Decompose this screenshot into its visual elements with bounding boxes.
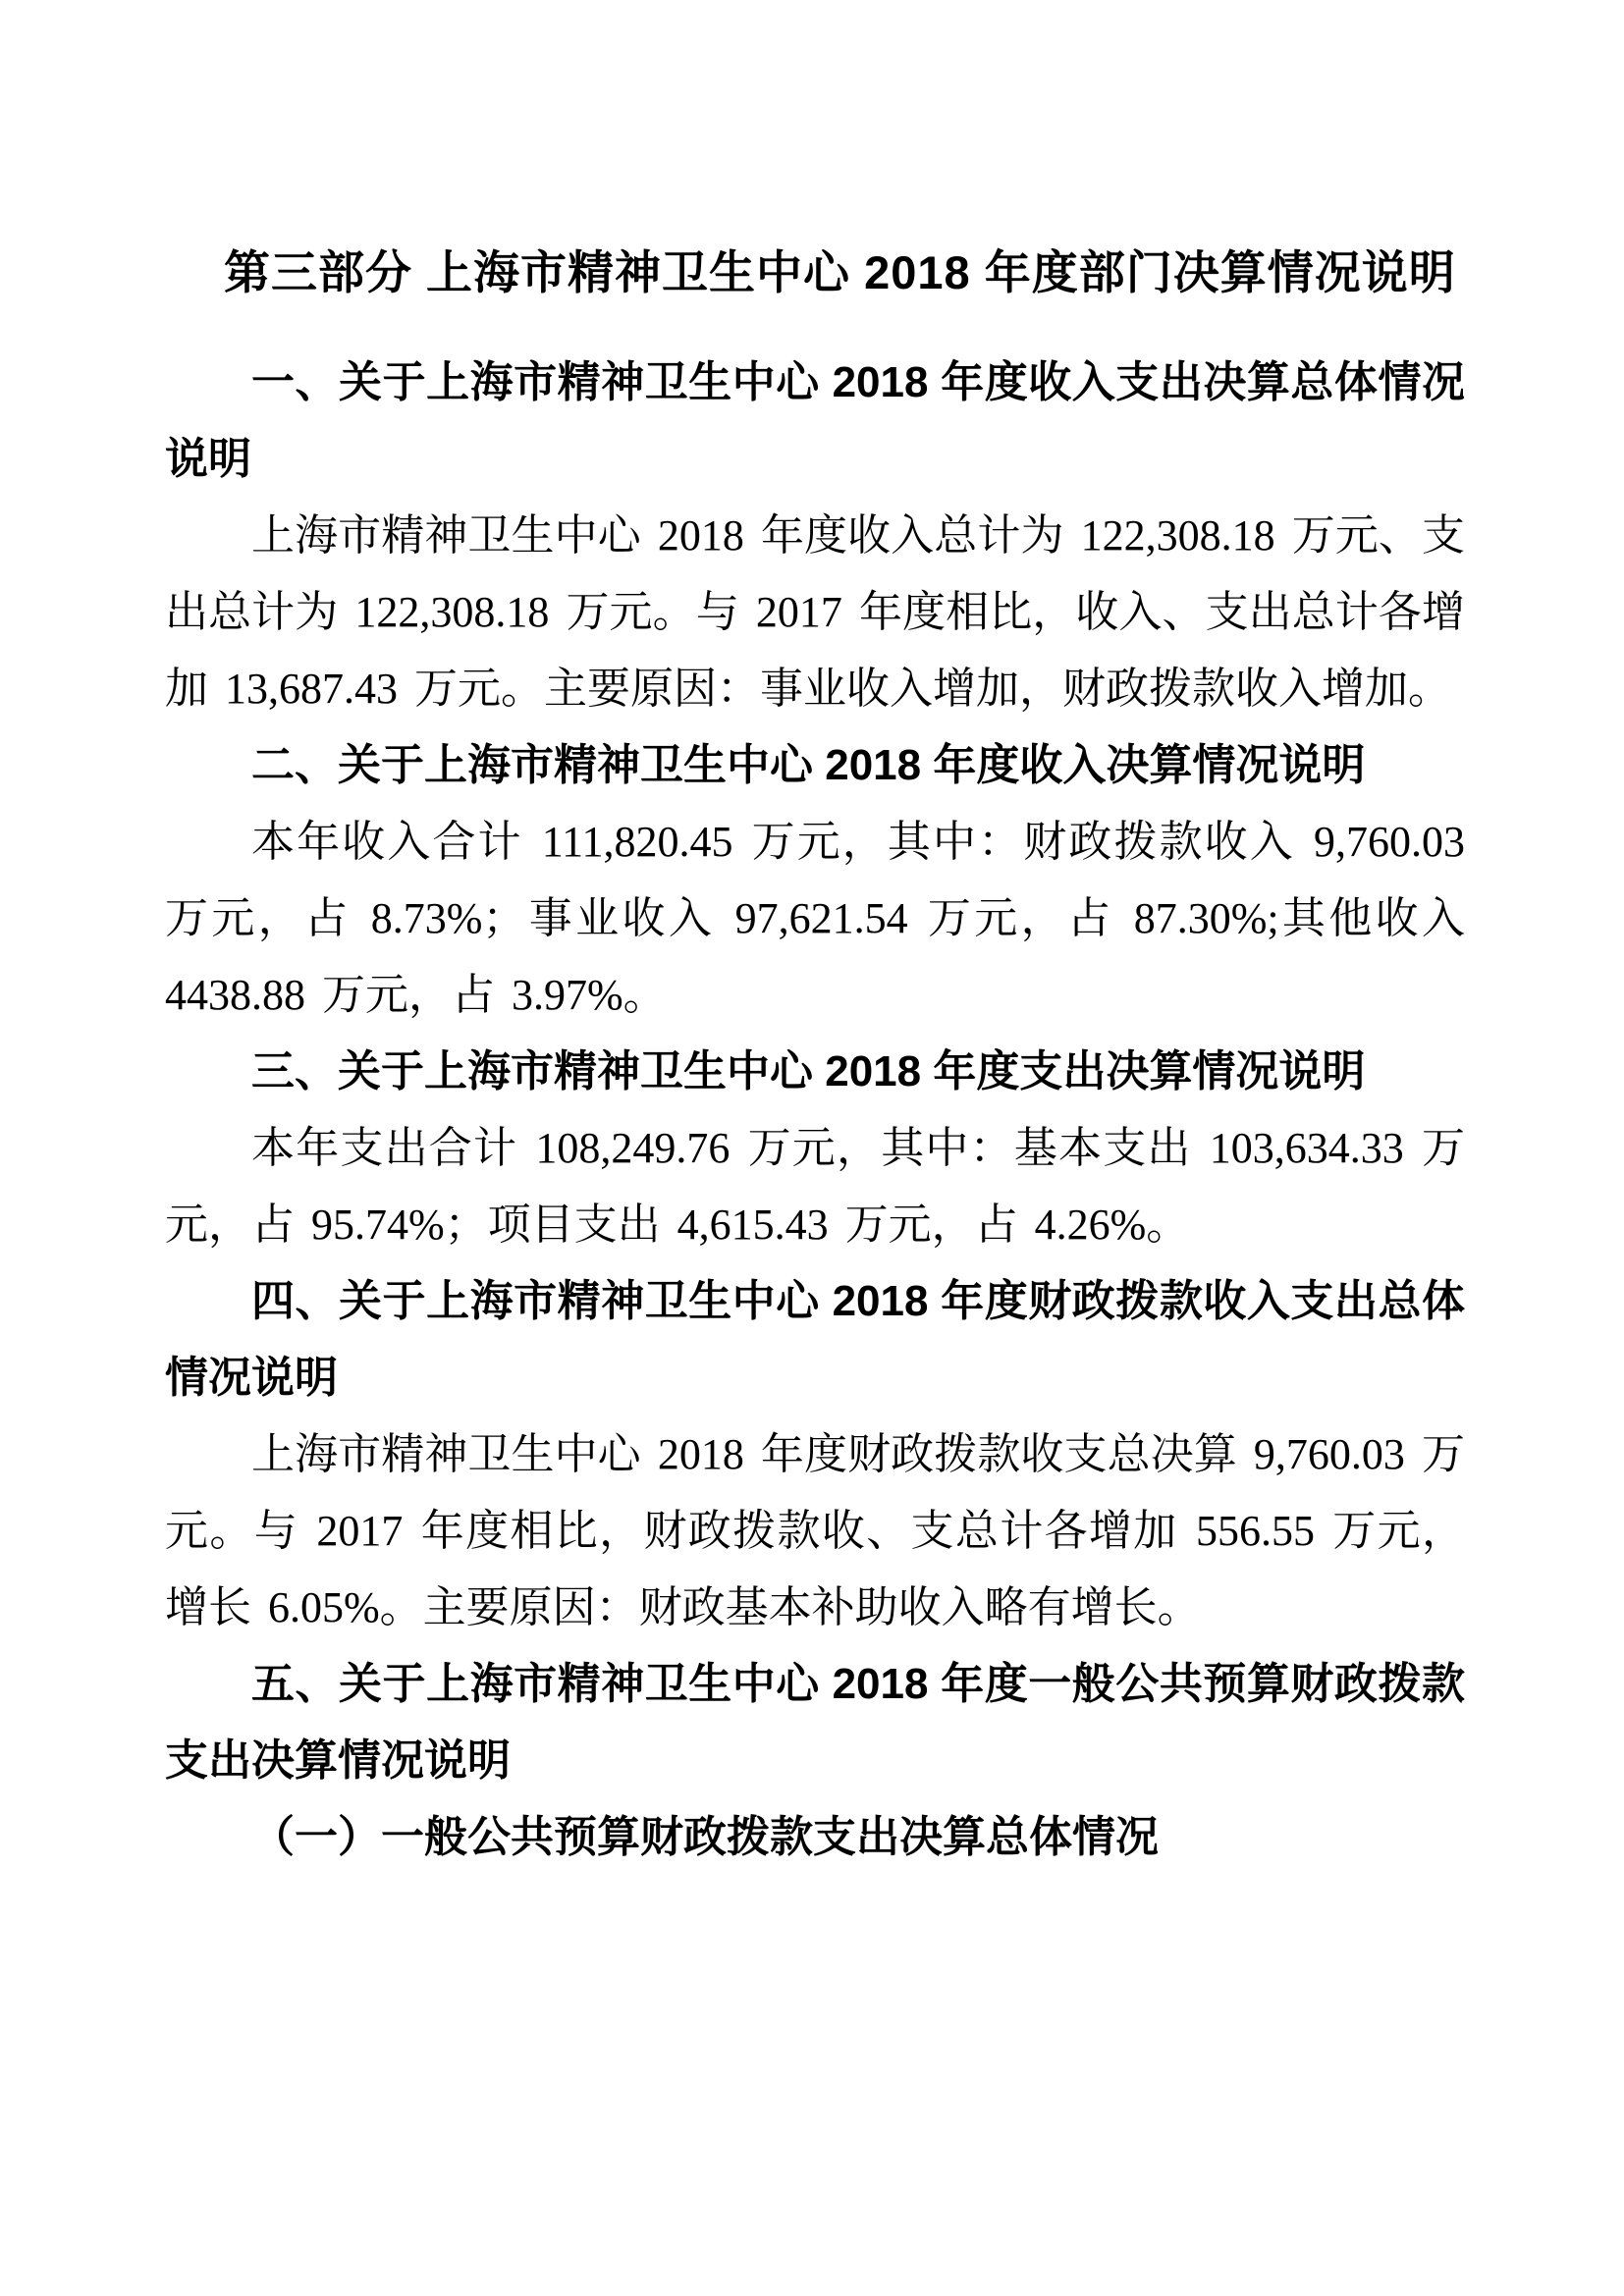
section-4-heading: 四、关于上海市精神卫生中心 2018 年度财政拨款收入支出总体情况说明 xyxy=(165,1263,1465,1416)
section-5-subheading: （一）一般公共预算财政拨款支出决算总体情况 xyxy=(165,1799,1465,1876)
section-3-heading: 三、关于上海市精神卫生中心 2018 年度支出决算情况说明 xyxy=(165,1034,1465,1110)
section-3-paragraph: 本年支出合计 108,249.76 万元，其中：基本支出 103,634.33 … xyxy=(165,1110,1465,1263)
document-page: 第三部分 上海市精神卫生中心 2018 年度部门决算情况说明 一、关于上海市精神… xyxy=(0,0,1624,2296)
section-1-heading: 一、关于上海市精神卫生中心 2018 年度收入支出决算总体情况说明 xyxy=(165,345,1465,498)
document-title: 第三部分 上海市精神卫生中心 2018 年度部门决算情况说明 xyxy=(165,239,1465,307)
section-2-heading: 二、关于上海市精神卫生中心 2018 年度收入决算情况说明 xyxy=(165,727,1465,804)
section-5-heading: 五、关于上海市精神卫生中心 2018 年度一般公共预算财政拨款支出决算情况说明 xyxy=(165,1646,1465,1799)
section-public-budget-expenditure: 五、关于上海市精神卫生中心 2018 年度一般公共预算财政拨款支出决算情况说明 … xyxy=(165,1646,1465,1876)
section-fiscal-appropriation-overview: 四、关于上海市精神卫生中心 2018 年度财政拨款收入支出总体情况说明 上海市精… xyxy=(165,1263,1465,1646)
section-income-details: 二、关于上海市精神卫生中心 2018 年度收入决算情况说明 本年收入合计 111… xyxy=(165,727,1465,1034)
section-1-paragraph: 上海市精神卫生中心 2018 年度收入总计为 122,308.18 万元、支出总… xyxy=(165,498,1465,727)
section-2-paragraph: 本年收入合计 111,820.45 万元，其中：财政拨款收入 9,760.03 … xyxy=(165,804,1465,1034)
section-expenditure-details: 三、关于上海市精神卫生中心 2018 年度支出决算情况说明 本年支出合计 108… xyxy=(165,1034,1465,1263)
section-income-expenditure-overview: 一、关于上海市精神卫生中心 2018 年度收入支出决算总体情况说明 上海市精神卫… xyxy=(165,345,1465,727)
section-4-paragraph: 上海市精神卫生中心 2018 年度财政拨款收支总决算 9,760.03 万元。与… xyxy=(165,1416,1465,1646)
